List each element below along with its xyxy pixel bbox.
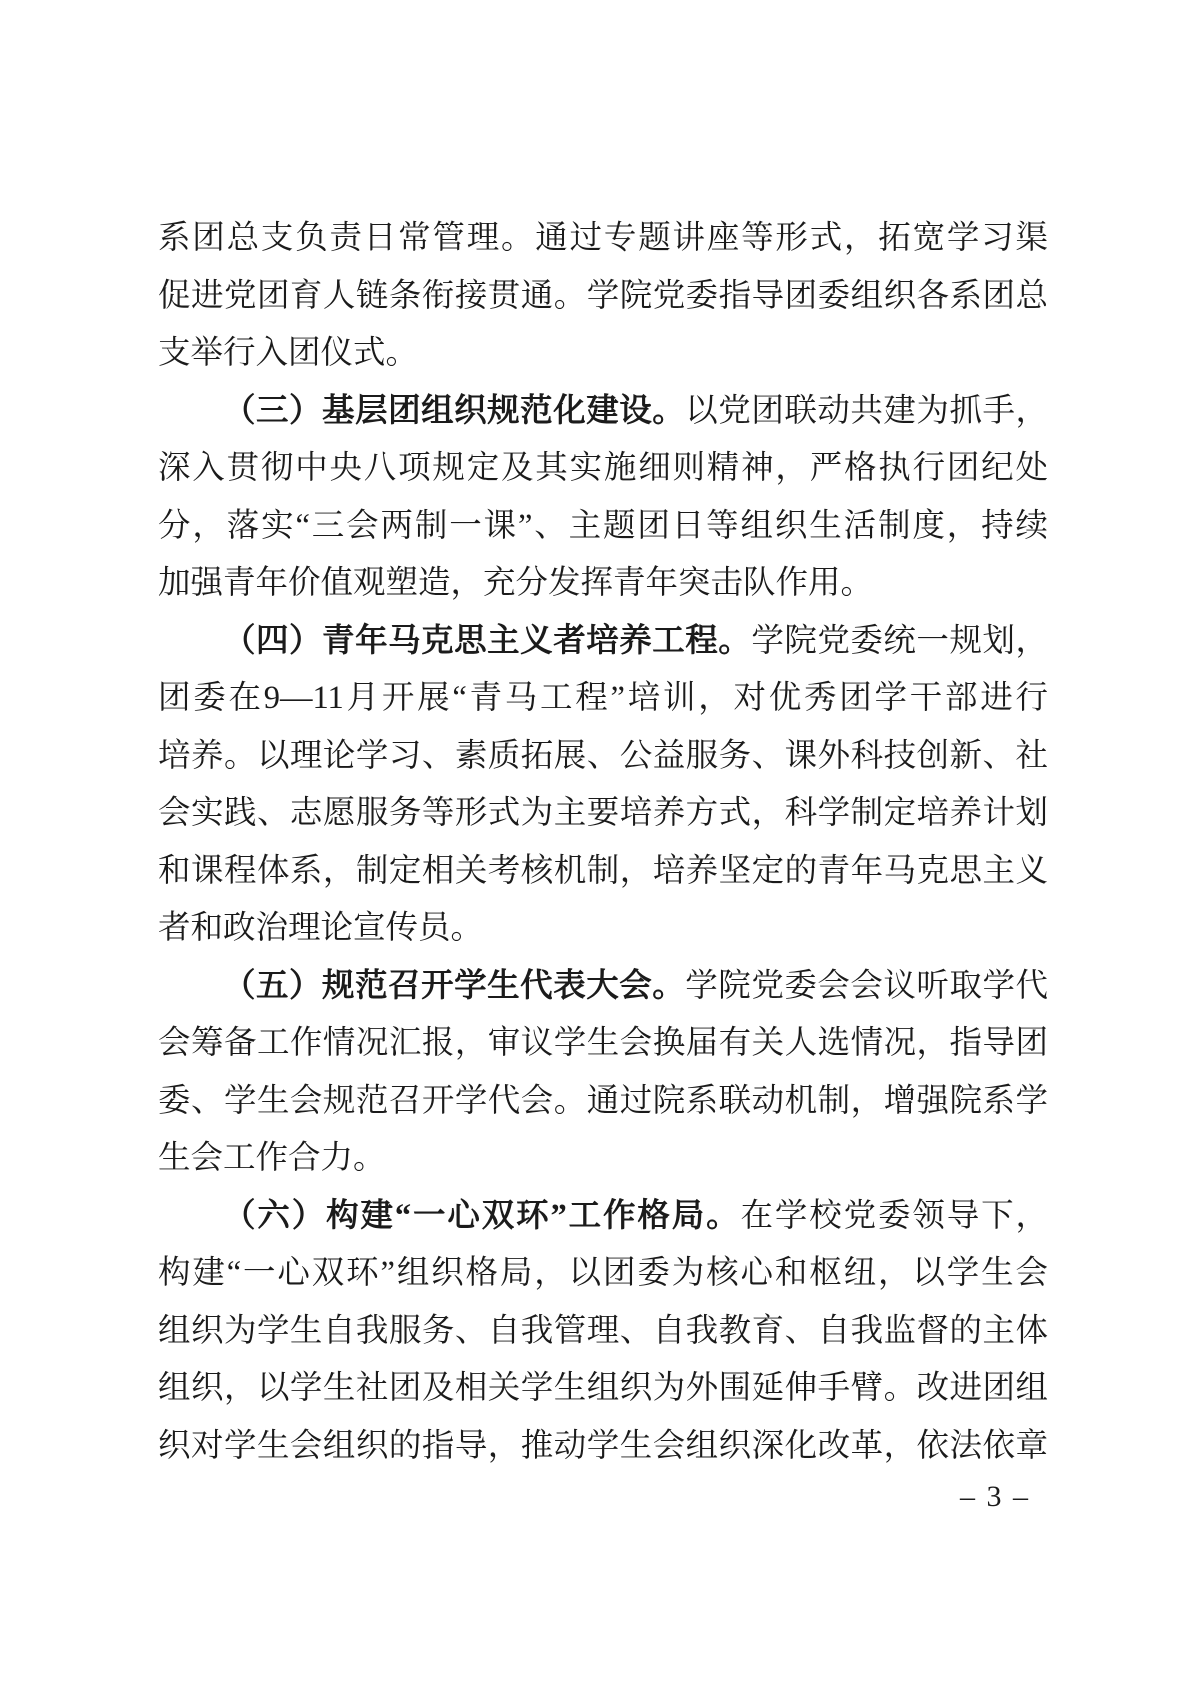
body-text: 学院党委会会议听取学代	[685, 968, 1048, 1004]
page-number: – 3 –	[960, 1480, 1030, 1514]
body-text: 织对学生会组织的指导，推动学生会组织深化改革，依法依章	[158, 1428, 1048, 1464]
text-line: 会实践、志愿服务等形式为主要培养方式，科学制定培养计划	[158, 785, 1048, 843]
document-page: 系团总支负责日常管理。通过专题讲座等形式，拓宽学习渠道，促进党团育人链条衔接贯通…	[0, 0, 1191, 1684]
text-line: （四）青年马克思主义者培养工程。学院党委统一规划，	[158, 613, 1048, 671]
body-text: 以党团联动共建为抓手，	[685, 393, 1048, 429]
text-line: 分，落实“三会两制一课”、主题团日等组织生活制度，持续	[158, 498, 1048, 556]
section-heading-text: （三）基层团组织规范化建设。	[223, 393, 685, 429]
body-text: 系团总支负责日常管理。通过专题讲座等形式，拓宽学习渠道，	[158, 220, 1048, 268]
text-line: 系团总支负责日常管理。通过专题讲座等形式，拓宽学习渠道，	[158, 210, 1048, 268]
body-text: 者和政治理论宣传员。	[158, 910, 483, 946]
body-text: 会筹备工作情况汇报，审议学生会换届有关人选情况，指导团	[158, 1025, 1048, 1061]
body-text: 组织，以学生社团及相关学生组织为外围延伸手臂。改进团组	[158, 1370, 1048, 1406]
body-text: 委、学生会规范召开学代会。通过院系联动机制，增强院系学	[158, 1083, 1048, 1119]
body-text: 支举行入团仪式。	[158, 335, 418, 371]
body-text: 分，落实“三会两制一课”、主题团日等组织生活制度，持续	[158, 508, 1048, 544]
text-line: 组织，以学生社团及相关学生组织为外围延伸手臂。改进团组	[158, 1360, 1048, 1418]
body-text: 生会工作合力。	[158, 1140, 386, 1176]
text-line: （六）构建“一心双环”工作格局。在学校党委领导下，	[158, 1188, 1048, 1246]
body-text: 会实践、志愿服务等形式为主要培养方式，科学制定培养计划	[158, 795, 1048, 831]
body-text: 学院党委统一规划，	[751, 623, 1048, 659]
body-text: 组织为学生自我服务、自我管理、自我教育、自我监督的主体	[158, 1313, 1048, 1349]
text-line: 深入贯彻中央八项规定及其实施细则精神，严格执行团纪处	[158, 440, 1048, 498]
document-body: 系团总支负责日常管理。通过专题讲座等形式，拓宽学习渠道，促进党团育人链条衔接贯通…	[158, 210, 1048, 1475]
body-text: 和课程体系，制定相关考核机制，培养坚定的青年马克思主义	[158, 853, 1048, 889]
text-line: 加强青年价值观塑造，充分发挥青年突击队作用。	[158, 555, 1048, 613]
text-line: 支举行入团仪式。	[158, 325, 1048, 383]
text-line: 培养。以理论学习、素质拓展、公益服务、课外科技创新、社	[158, 728, 1048, 786]
text-line: 组织为学生自我服务、自我管理、自我教育、自我监督的主体	[158, 1303, 1048, 1361]
text-line: 会筹备工作情况汇报，审议学生会换届有关人选情况，指导团	[158, 1015, 1048, 1073]
section-heading-text: （五）规范召开学生代表大会。	[223, 968, 685, 1004]
text-line: 生会工作合力。	[158, 1130, 1048, 1188]
text-line: 构建“一心双环”组织格局，以团委为核心和枢纽，以学生会	[158, 1245, 1048, 1303]
text-line: 织对学生会组织的指导，推动学生会组织深化改革，依法依章	[158, 1418, 1048, 1476]
text-line: 团委在9—11月开展“青马工程”培训，对优秀团学干部进行	[158, 670, 1048, 728]
body-text: 培养。以理论学习、素质拓展、公益服务、课外科技创新、社	[158, 738, 1048, 774]
text-line: 者和政治理论宣传员。	[158, 900, 1048, 958]
section-heading-text: （六）构建“一心双环”工作格局。	[223, 1198, 740, 1234]
body-text: 深入贯彻中央八项规定及其实施细则精神，严格执行团纪处	[158, 450, 1048, 486]
body-text: 在学校党委领导下，	[740, 1198, 1048, 1234]
text-line: 委、学生会规范召开学代会。通过院系联动机制，增强院系学	[158, 1073, 1048, 1131]
body-text: 加强青年价值观塑造，充分发挥青年突击队作用。	[158, 565, 873, 601]
body-text: 促进党团育人链条衔接贯通。学院党委指导团委组织各系团总	[158, 278, 1048, 314]
text-line: （五）规范召开学生代表大会。学院党委会会议听取学代	[158, 958, 1048, 1016]
body-text: 团委在9—11月开展“青马工程”培训，对优秀团学干部进行	[158, 680, 1048, 716]
body-text: 构建“一心双环”组织格局，以团委为核心和枢纽，以学生会	[158, 1255, 1048, 1291]
text-line: 促进党团育人链条衔接贯通。学院党委指导团委组织各系团总	[158, 268, 1048, 326]
text-line: （三）基层团组织规范化建设。以党团联动共建为抓手，	[158, 383, 1048, 441]
text-line: 和课程体系，制定相关考核机制，培养坚定的青年马克思主义	[158, 843, 1048, 901]
section-heading-text: （四）青年马克思主义者培养工程。	[223, 623, 751, 659]
